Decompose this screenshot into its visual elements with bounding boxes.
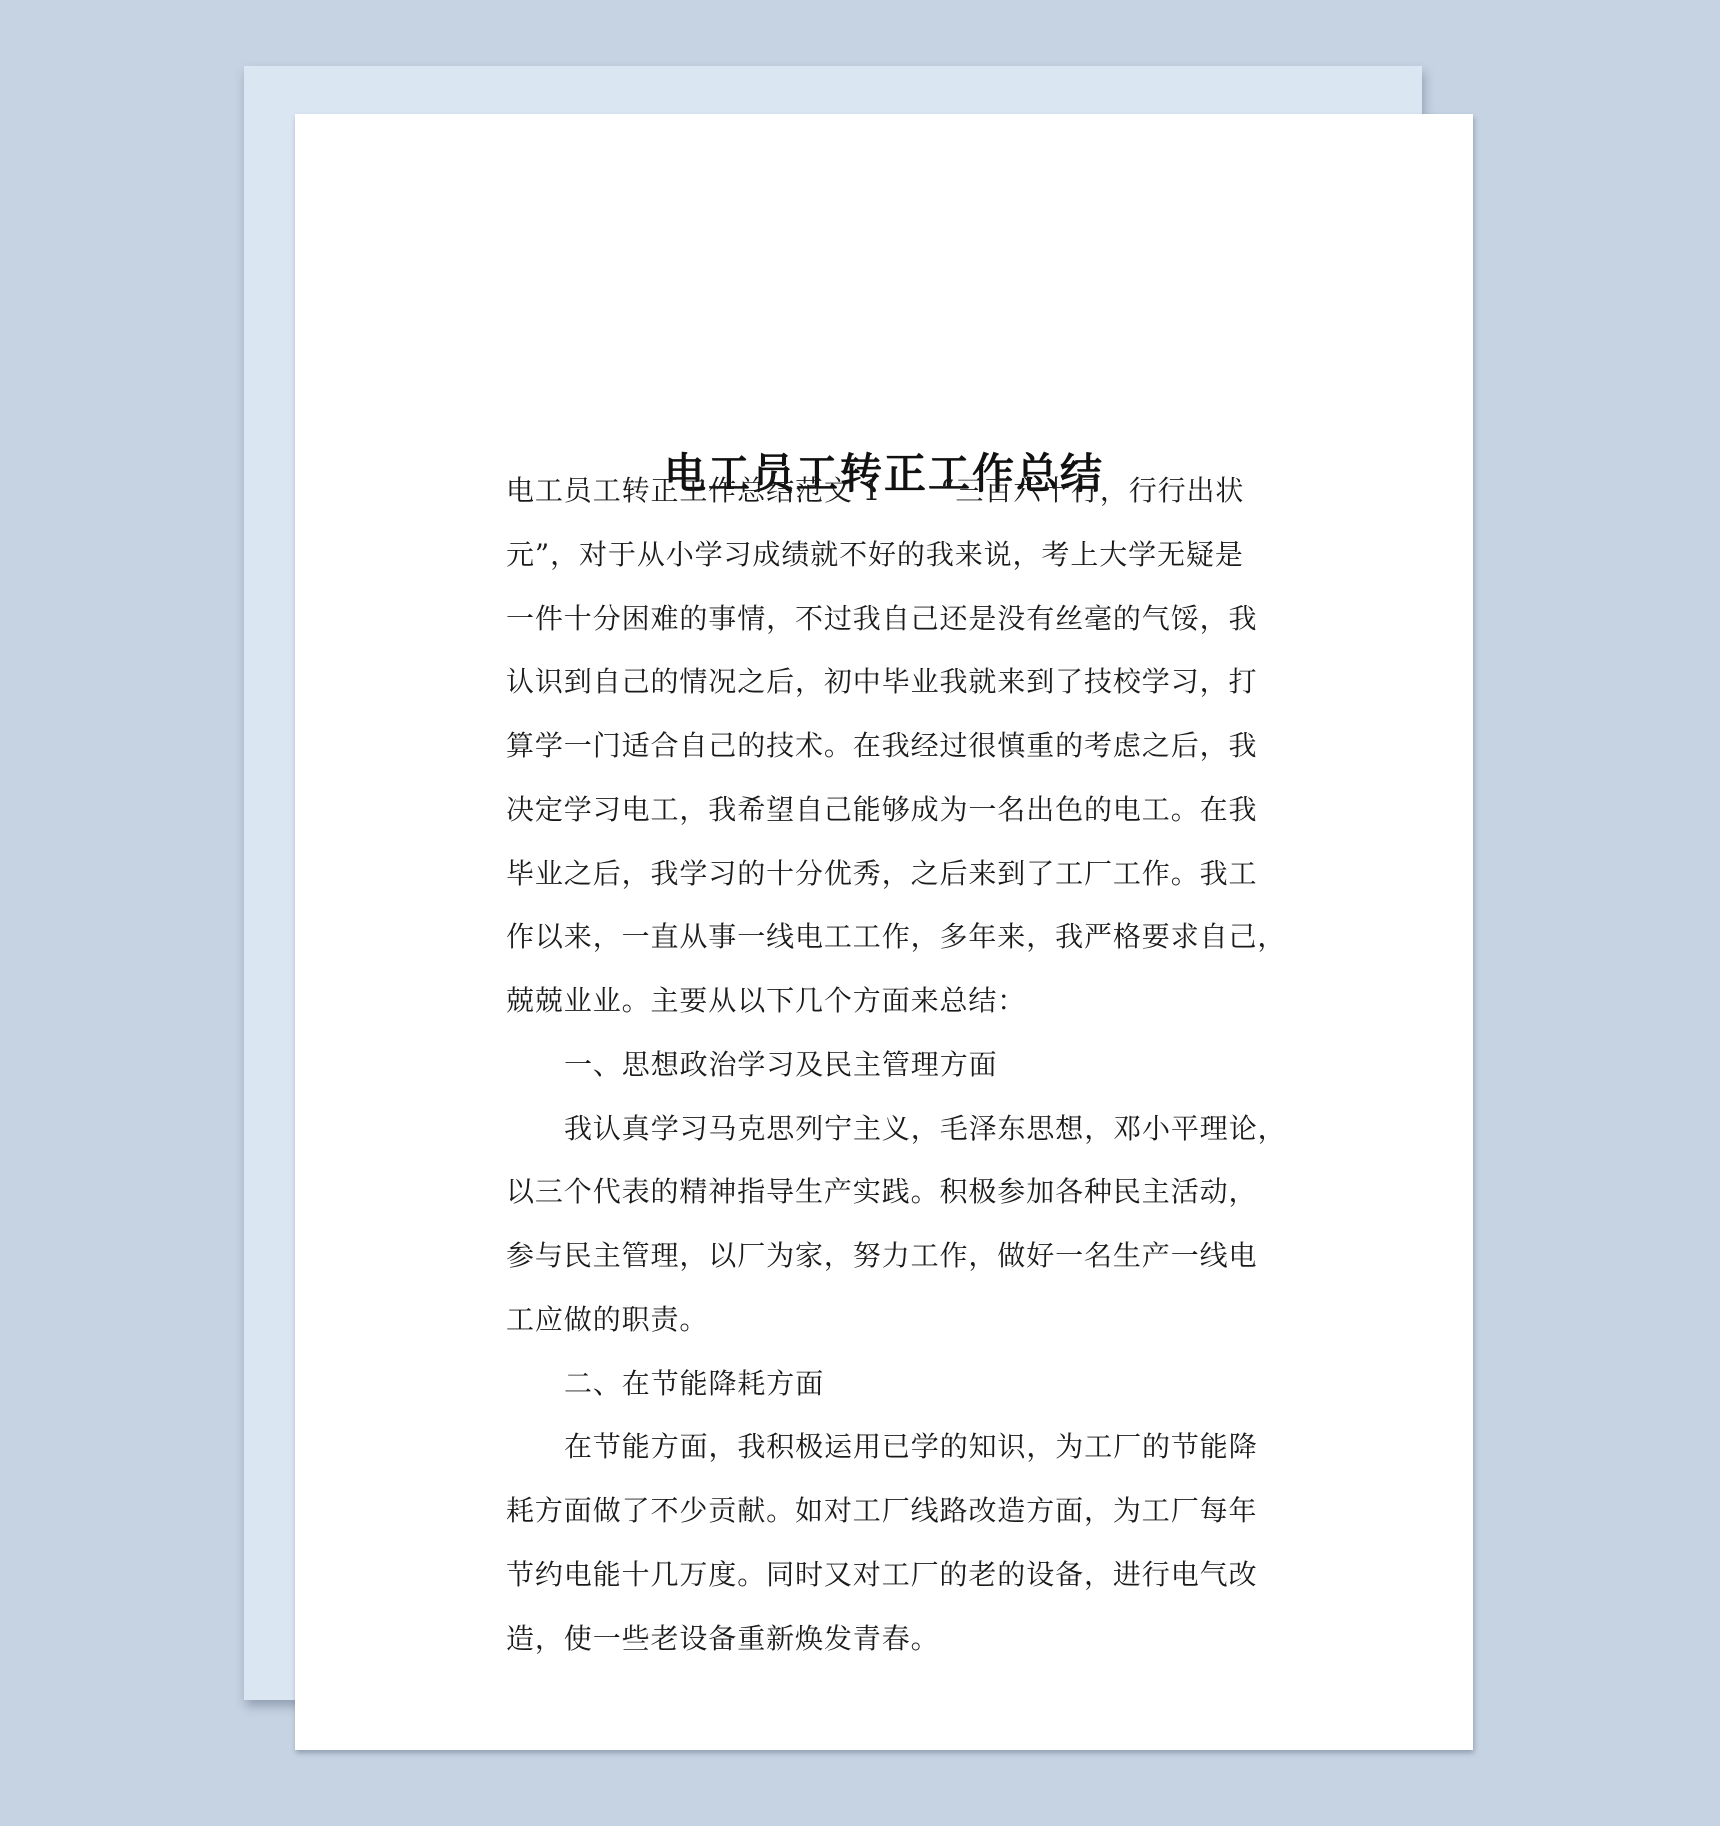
body-line: 元”，对于从小学习成绩就不好的我来说，考上大学无疑是 bbox=[506, 523, 1266, 587]
body-line: 以三个代表的精神指导生产实践。积极参加各种民主活动， bbox=[506, 1160, 1266, 1224]
body-line: 电工员工转正工作总结范文 1 “三百六十行，行行出状 bbox=[506, 459, 1266, 523]
body-line: 参与民主管理，以厂为家，努力工作，做好一名生产一线电 bbox=[506, 1224, 1266, 1288]
body-line: 毕业之后，我学习的十分优秀，之后来到了工厂工作。我工 bbox=[506, 842, 1266, 906]
body-line: 我认真学习马克思列宁主义，毛泽东思想，邓小平理论， bbox=[506, 1097, 1266, 1161]
section-heading-1: 一、思想政治学习及民主管理方面 bbox=[506, 1033, 1266, 1097]
body-line: 造，使一些老设备重新焕发青春。 bbox=[506, 1607, 1266, 1671]
document-page: 电工员工转正工作总结 电工员工转正工作总结范文 1 “三百六十行，行行出状 元”… bbox=[295, 114, 1473, 1750]
body-line: 工应做的职责。 bbox=[506, 1288, 1266, 1352]
body-line: 决定学习电工，我希望自己能够成为一名出色的电工。在我 bbox=[506, 778, 1266, 842]
body-line: 算学一门适合自己的技术。在我经过很慎重的考虑之后，我 bbox=[506, 714, 1266, 778]
body-line: 节约电能十几万度。同时又对工厂的老的设备，进行电气改 bbox=[506, 1543, 1266, 1607]
body-line: 耗方面做了不少贡献。如对工厂线路改造方面，为工厂每年 bbox=[506, 1479, 1266, 1543]
body-line: 作以来，一直从事一线电工工作，多年来，我严格要求自己， bbox=[506, 905, 1266, 969]
body-line: 兢兢业业。主要从以下几个方面来总结： bbox=[506, 969, 1266, 1033]
body-line: 在节能方面，我积极运用已学的知识，为工厂的节能降 bbox=[506, 1415, 1266, 1479]
section-heading-2: 二、在节能降耗方面 bbox=[506, 1352, 1266, 1416]
document-body: 电工员工转正工作总结范文 1 “三百六十行，行行出状 元”，对于从小学习成绩就不… bbox=[506, 459, 1266, 1670]
body-line: 认识到自己的情况之后，初中毕业我就来到了技校学习，打 bbox=[506, 650, 1266, 714]
body-line: 一件十分困难的事情，不过我自己还是没有丝毫的气馁，我 bbox=[506, 587, 1266, 651]
